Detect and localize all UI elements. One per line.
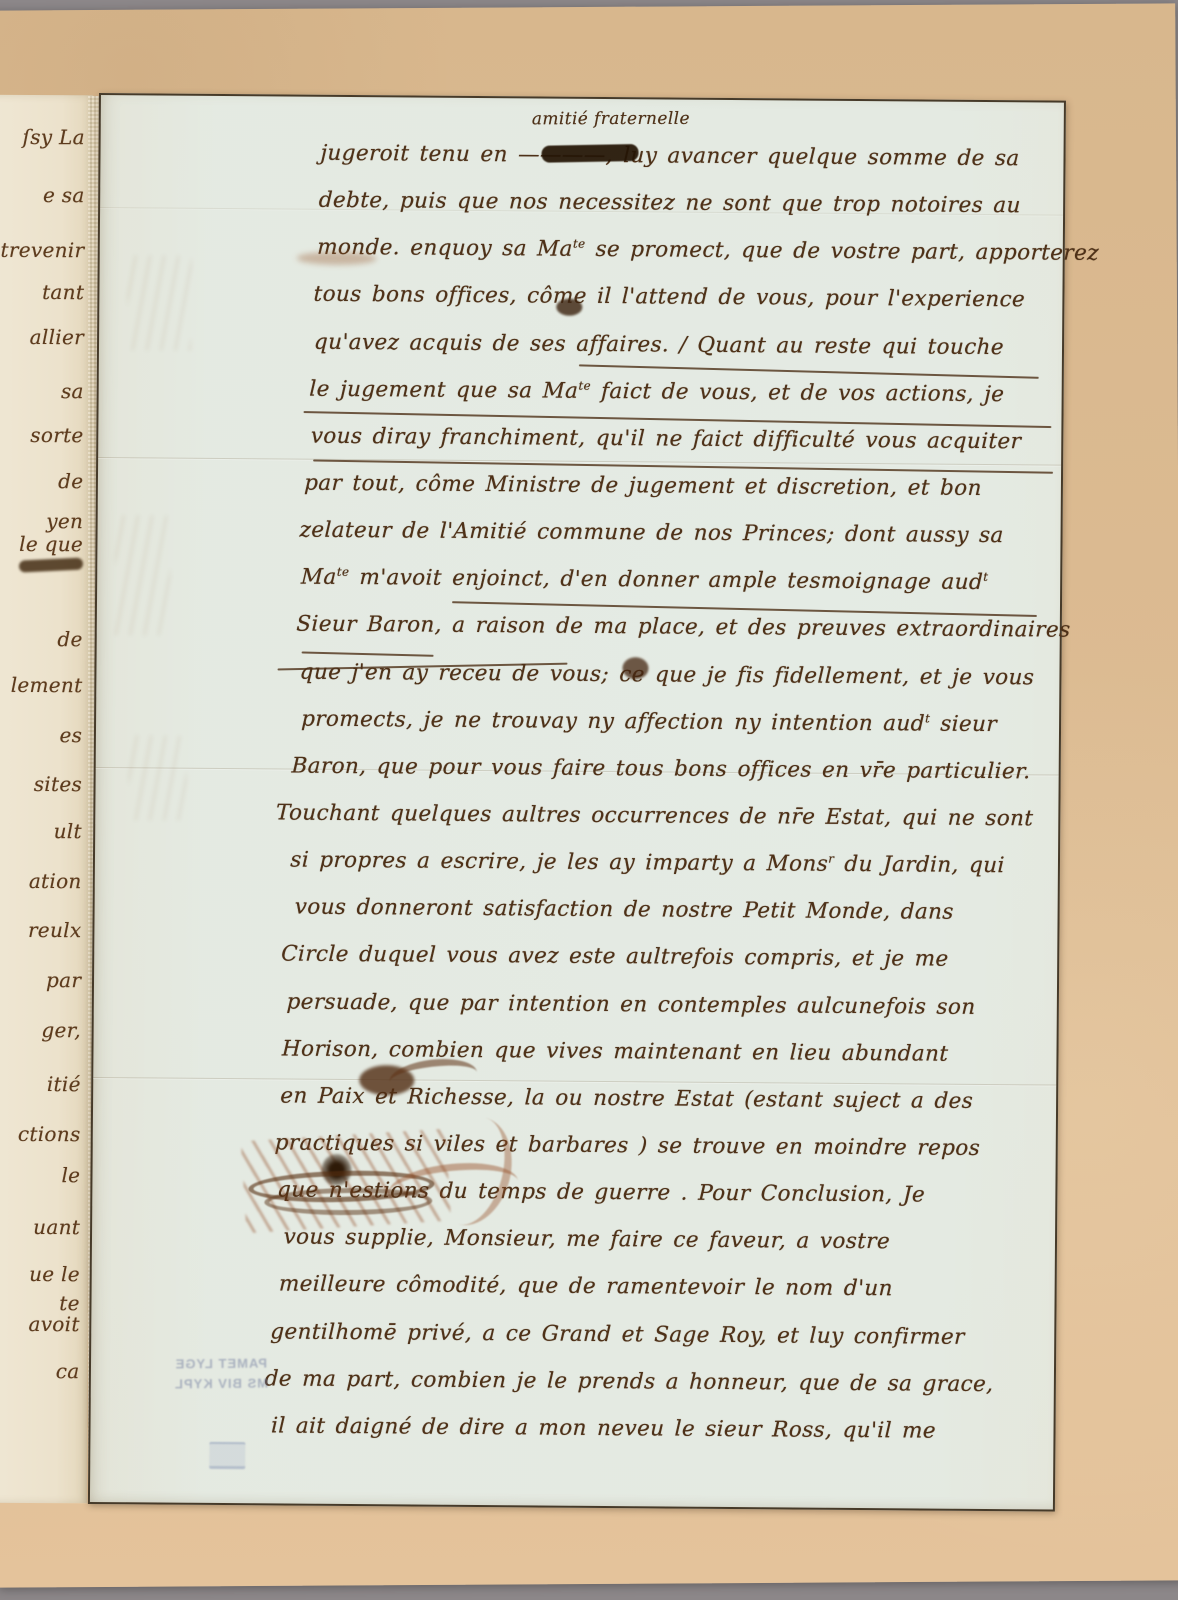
bleedthrough-stamp: PAMET LYGE MS BIV KYPL xyxy=(162,1353,280,1393)
facing-page-fragment: e sa xyxy=(43,185,85,205)
manuscript-line: tous bons offices, côme il l'attend de v… xyxy=(313,280,1077,333)
facing-page-fragment: ation xyxy=(29,871,82,891)
ink-blot xyxy=(622,657,648,679)
facing-page-fragment: yen xyxy=(46,511,83,531)
facing-page-fragment: ctions xyxy=(18,1124,81,1144)
bleedthrough-stamp-line2: MS BIV KYPL xyxy=(162,1373,280,1394)
facing-page-fragment: sa xyxy=(61,381,84,401)
ink-smudge xyxy=(297,252,377,266)
manuscript-line: persuade, que par intention en contemple… xyxy=(285,987,1052,1040)
manuscript-line: Touchant quelques aultres occurrences de… xyxy=(275,798,1059,851)
manuscript-line: Circle duquel vous avez este aultrefois … xyxy=(280,940,1054,993)
manuscript-line: gentilhomē privé, a ce Grand et Sage Roy… xyxy=(269,1317,1041,1370)
ink-blot xyxy=(556,299,582,316)
manuscript-line: jugeroit tenu en ————, luy avancer quelq… xyxy=(319,139,1081,192)
manuscript-line: promects, je ne trouvay ny affection ny … xyxy=(300,704,1062,757)
manuscript-scan: { "scan": { "colors": { "background_gray… xyxy=(0,0,1178,1600)
bleedthrough-stamp-line1: PAMET LYGE xyxy=(162,1353,280,1374)
facing-page-fragment: es xyxy=(60,725,83,745)
facing-page-fragment: le xyxy=(61,1165,80,1185)
manuscript-line: qu'avez acquis de ses affaires. / Quant … xyxy=(313,327,1075,380)
facing-page-fragment: sorte xyxy=(30,425,83,445)
manuscript-line: si propres a escrire, je les ay imparty … xyxy=(289,846,1057,899)
ink-showthrough xyxy=(128,735,187,820)
facing-page-fragments: ſsy Lae satrevenirtantalliersasortedeyen… xyxy=(0,95,93,1503)
facing-page-fragment: trevenir xyxy=(1,240,85,260)
facing-page-fragment: le que xyxy=(19,534,83,554)
facing-page-fragment: ca xyxy=(56,1361,80,1381)
facing-page-fragment: de xyxy=(57,629,82,649)
facing-page: ſsy Lae satrevenirtantalliersasortedeyen… xyxy=(0,95,93,1503)
manuscript-line: de ma part, combien je le prends a honne… xyxy=(264,1364,1040,1417)
facing-page-fragment: lement xyxy=(11,675,83,695)
manuscript-line: Baron, que pour vous faire tous bons off… xyxy=(290,751,1060,804)
ink-scribble xyxy=(19,558,84,573)
facing-page-fragment: ger, xyxy=(41,1020,81,1040)
manuscript-line: il ait daigné de dire a mon neveu le sie… xyxy=(270,1411,1038,1464)
facing-page-fragment: itié xyxy=(47,1074,81,1094)
facing-page-fragment: de xyxy=(58,471,83,491)
manuscript-line: debte, puis que nos necessitez ne sont q… xyxy=(318,186,1080,239)
interlinear-insertion: amitié fraternelle xyxy=(532,111,690,128)
ink-deletion xyxy=(541,144,638,163)
manuscript-line: vous supplie, Monsieur, me faire ce fave… xyxy=(282,1223,1044,1276)
facing-page-fragment: ult xyxy=(54,821,82,841)
facing-page-fragment: ue le xyxy=(29,1264,80,1284)
facing-page-fragment: ſsy La xyxy=(23,127,85,147)
facing-page-fragment: uant xyxy=(33,1217,80,1237)
manuscript-line: monde. enquoy sa Mate se promect, que de… xyxy=(316,233,1078,286)
manuscript-line: vous donneront satisfaction de nostre Pe… xyxy=(294,893,1056,946)
letter-page: amitié fraternelle jugeroit tenu en ————… xyxy=(88,93,1066,1512)
facing-page-fragment: par xyxy=(46,970,81,990)
facing-page-fragment: te xyxy=(59,1293,80,1313)
manuscript-line: meilleure cômodité, que de ramentevoir l… xyxy=(278,1270,1043,1323)
ink-showthrough xyxy=(127,255,192,350)
ink-showthrough xyxy=(115,515,171,635)
letter-lines: jugeroit tenu en ————, luy avancer quelq… xyxy=(276,139,1081,1465)
facing-page-fragment: tant xyxy=(42,282,84,302)
facing-page-fragment: reulx xyxy=(28,920,82,940)
manuscript-line: par tout, côme Ministre de jugement et d… xyxy=(303,469,1070,522)
manuscript-line: zelateur de l'Amitié commune de nos Prin… xyxy=(298,516,1068,569)
facing-page-fragment: sites xyxy=(34,774,82,794)
facing-page-fragment: allier xyxy=(30,327,84,347)
faint-stamp-mark xyxy=(209,1442,245,1469)
facing-page-fragment: avoit xyxy=(28,1314,79,1334)
